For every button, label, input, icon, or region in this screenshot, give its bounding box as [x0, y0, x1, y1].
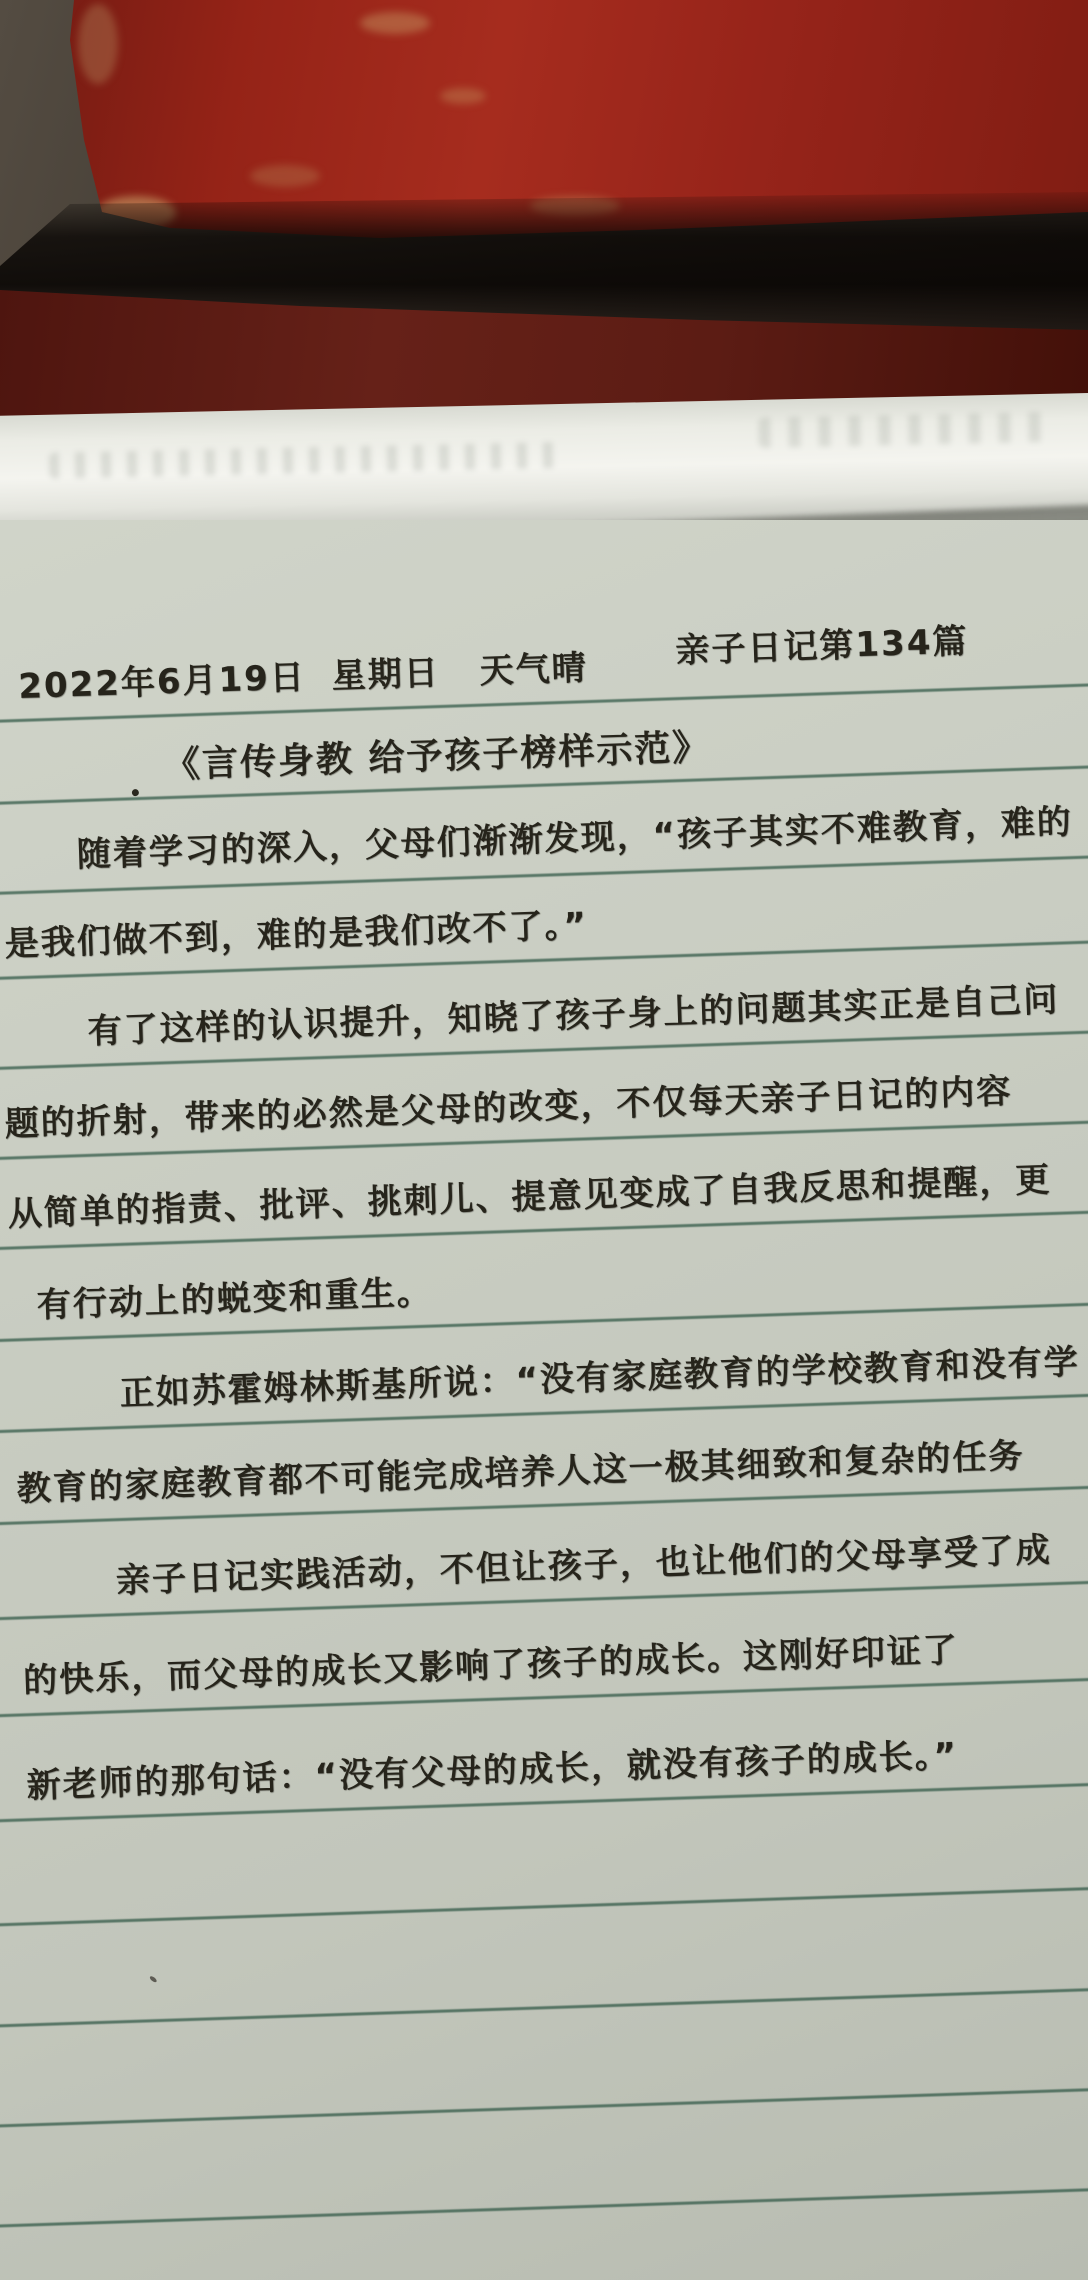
rule-line	[0, 1884, 1088, 1927]
handwritten-line: 正如苏霍姆林斯基所说：“没有家庭教育的学校教育和没有学	[119, 1338, 1080, 1419]
handwritten-line: 有行动上的蜕变和重生。	[36, 1269, 433, 1331]
handwritten-line: 的快乐，而父母的成长又影响了孩子的成长。这刚好印证了	[23, 1626, 960, 1706]
diary-series-label: 亲子日记第134篇	[675, 617, 969, 676]
handwritten-line: 亲子日记实践活动，不但让孩子，也让他们的父母享受了成	[115, 1526, 1052, 1606]
handwritten-line: 题的折射，带来的必然是父母的改变，不仅每天亲子日记的内容	[4, 1067, 1013, 1150]
handwritten-line: 从简单的指责、批评、挑刺儿、提意见变成了自我反思和提醒，更	[7, 1156, 1052, 1240]
spacer	[440, 683, 480, 684]
diary-date: 2022年6月19日	[18, 657, 307, 707]
stray-ink-dot	[132, 789, 139, 796]
page-content: 2022年6月19日星期日天气晴 亲子日记第134篇 《言传身教 给予孩子榜样示…	[0, 0, 1088, 2280]
photo-of-handwritten-diary: 2022年6月19日星期日天气晴 亲子日记第134篇 《言传身教 给予孩子榜样示…	[0, 0, 1088, 2280]
handwritten-line: 新老师的那句话：“没有父母的成长，就没有孩子的成长。”	[26, 1731, 959, 1811]
rule-line	[0, 2085, 1088, 2128]
spacer	[306, 688, 332, 689]
handwritten-line: 教育的家庭教育都不可能完成培养人这一极其细致和复杂的任务	[16, 1432, 1025, 1515]
stray-pen-mark	[149, 1975, 158, 1983]
rule-line	[0, 2185, 1088, 2228]
rule-line	[0, 1985, 1088, 2028]
diary-weekday: 星期日	[331, 653, 440, 697]
handwritten-line: 有了这样的认识提升，知晓了孩子身上的问题其实正是自己问	[87, 976, 1060, 1057]
handwritten-line: 随着学习的深入，父母们渐渐发现，“孩子其实不难教育，难的	[76, 798, 1073, 880]
diary-weather: 天气晴	[479, 648, 588, 692]
